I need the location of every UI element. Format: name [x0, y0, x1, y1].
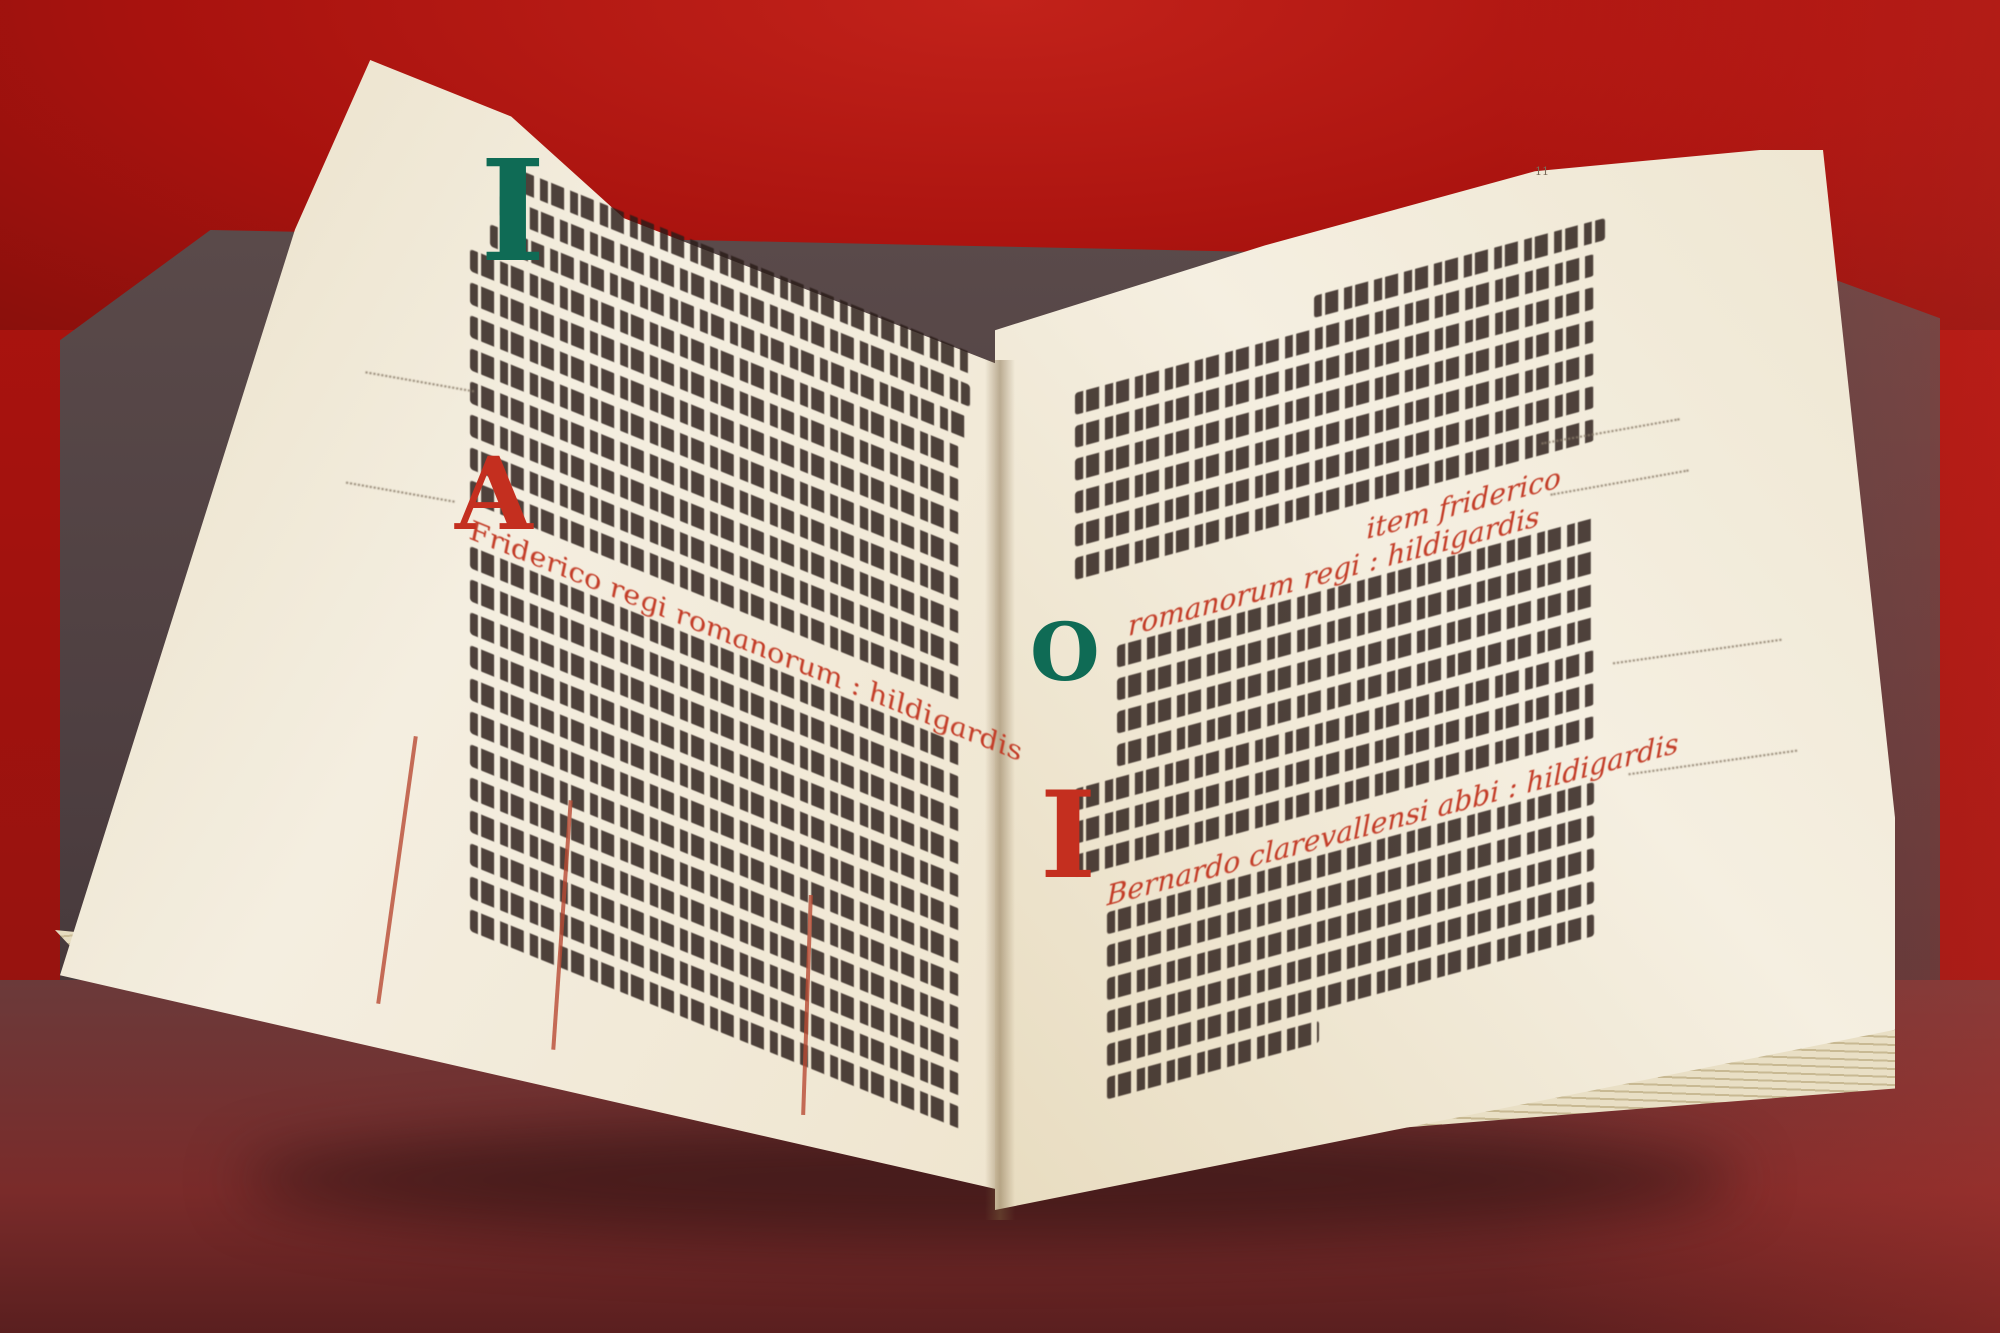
marginal-note-left — [346, 371, 474, 502]
red-initial-I: I — [1040, 765, 1096, 906]
green-initial-O: O — [1030, 605, 1100, 699]
red-initial-A: A — [455, 435, 533, 553]
marginal-note-right-lower — [1613, 639, 1797, 776]
manuscript-photo: Friderico regi romanorum : hildigardis i… — [0, 0, 2000, 1333]
right-text-block: item friderico romanorum regi : hildigar… — [1075, 218, 1605, 1119]
green-initial-I: I — [480, 130, 546, 294]
folio-number: 11 — [1535, 165, 1549, 178]
book-gutter — [985, 360, 1015, 1220]
